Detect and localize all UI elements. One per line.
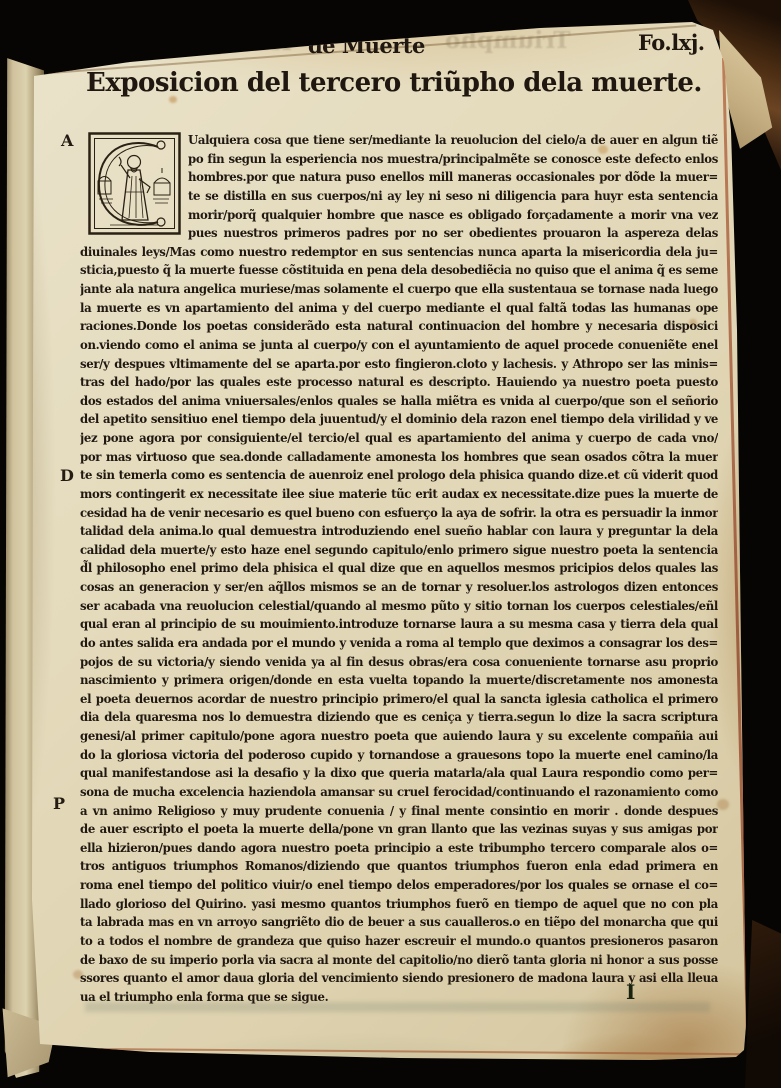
body-line: a vn animo Religioso y muy prudente conu…: [80, 802, 718, 821]
body-line: de baxo de su imperio porla via sacra al…: [80, 951, 718, 970]
body-line: ella hizieron/pues dando agora nuestro p…: [80, 839, 718, 858]
body-line: tros antiguos triumphos Romanos/diziendo…: [80, 857, 718, 876]
body-line: el poeta deuernos acordar de nuestro pri…: [80, 690, 718, 709]
body-line: de auer escripto el poeta la muerte dell…: [80, 820, 718, 839]
body-line: qual manifestandose asi la desafio y la …: [80, 764, 718, 783]
body-line: po fin segun la esperiencia nos muestra/…: [188, 150, 718, 169]
margin-letter-d: D: [60, 466, 74, 485]
body-line: sticia,puesto q̃ la muerte fuesse cõstit…: [80, 261, 718, 280]
body-line: morir/porq̃ qualquier hombre que nasce e…: [188, 206, 718, 225]
body-line: sona de mucha excelencia haziendola aman…: [80, 783, 718, 802]
body-line: cosas an generacion y ser/en aq̃llos mis…: [80, 578, 718, 597]
body-line: ssores quanto el amor daua gloria del ve…: [80, 969, 718, 988]
body-line: ser/y despues vltimamente del se aparta.…: [80, 355, 718, 374]
running-title: de Muerte: [308, 33, 425, 58]
body-line: pues nuestros primeros padres por no ser…: [188, 224, 718, 243]
page-bottom-edge-line: [90, 1048, 740, 1055]
body-line: nascimiento y primera origen/donde en es…: [80, 671, 718, 690]
body-line: jez pone agora por consiguiente/el terci…: [80, 429, 718, 448]
body-line: la muerte es vn apartamiento del anima y…: [80, 299, 718, 318]
page-fore-edge-line: [722, 58, 749, 1053]
body-line: dos estados del anima vniuersales/enlos …: [80, 392, 718, 411]
body-line: cesidad ha de venir necesario es quel bu…: [80, 504, 718, 523]
showthrough-text: Triumpho: [175, 30, 295, 56]
foxing-spots: [95, 42, 101, 47]
body-line: pojos de su victoria/y siendo venida ya …: [80, 653, 718, 672]
folio-number: Fo.lxj.: [638, 30, 705, 55]
body-line: roma enel tiempo del politico viuir/o en…: [80, 876, 718, 895]
body-line: genesi/al primer capitulo/pone agora nue…: [80, 727, 718, 746]
book-page: Triumpho Triumpho de Muerte Fo.lxj. Expo…: [0, 0, 781, 1088]
book-photo-canvas: Triumpho Triumpho de Muerte Fo.lxj. Expo…: [0, 0, 781, 1088]
margin-letter-a: A: [61, 131, 73, 150]
body-line: tras del hado/por las quales este proces…: [80, 373, 718, 392]
body-line: diuinales leys/Mas como nuestro redempto…: [80, 243, 718, 262]
showthrough-text: Triumpho: [445, 27, 571, 54]
body-line: on.viendo como el anima se junta al cuer…: [80, 336, 718, 355]
body-line: te sin temerla como es sentencia de auen…: [80, 466, 718, 485]
body-line: calidad dela muerte/y esto haze enel seg…: [80, 541, 718, 560]
leather-binding-edge-bottom-right: [745, 920, 781, 1088]
body-line: dia dela quaresma nos lo demuestra dizie…: [80, 708, 718, 727]
body-line: to a todos el nombre de grandeza que qui…: [80, 932, 718, 951]
body-text: Ualquiera cosa que tiene ser/mediante la…: [80, 131, 718, 1006]
body-line: raciones.Donde los poetas considerãdo es…: [80, 317, 718, 336]
body-line: do la gloriosa victoria del poderoso cup…: [80, 746, 718, 765]
body-line: ua el triumpho enla forma que se sigue.: [80, 988, 718, 1007]
body-line: d̃l philosopho enel primo dela phisica e…: [80, 559, 718, 578]
body-line: mors contingerit ex necessitate ilee siu…: [80, 485, 718, 504]
margin-letter-p: P: [53, 794, 65, 813]
body-line: llado glorioso del Quirino. yasi mesmo q…: [80, 895, 718, 914]
body-line: talidad dela anima.lo qual demuestra int…: [80, 522, 718, 541]
body-line: ta labrada mas en vn arroyo sangriẽto di…: [80, 913, 718, 932]
body-line: do antes salida era andada por el mundo …: [80, 634, 718, 653]
body-line: del apetito sensitiuo enel tiempo dela j…: [80, 410, 718, 429]
body-line: jante ala natura angelica muriese/mas so…: [80, 280, 718, 299]
signature-mark: I: [626, 980, 635, 1004]
body-line: Ualquiera cosa que tiene ser/mediante la…: [188, 131, 718, 150]
body-line: ser acabada vna reuolucion celestial/qua…: [80, 597, 718, 616]
body-line: te se distilla en sus cuerpos/ni ay ley …: [188, 187, 718, 206]
body-line: qual eran al principio de su mouimiento.…: [80, 615, 718, 634]
body-line: por mas virtuoso que sea.donde calladame…: [80, 448, 718, 467]
page-title: Exposicion del tercero triũpho dela muer…: [86, 68, 742, 98]
body-line: hombres.por que natura puso enellos mill…: [188, 168, 718, 187]
